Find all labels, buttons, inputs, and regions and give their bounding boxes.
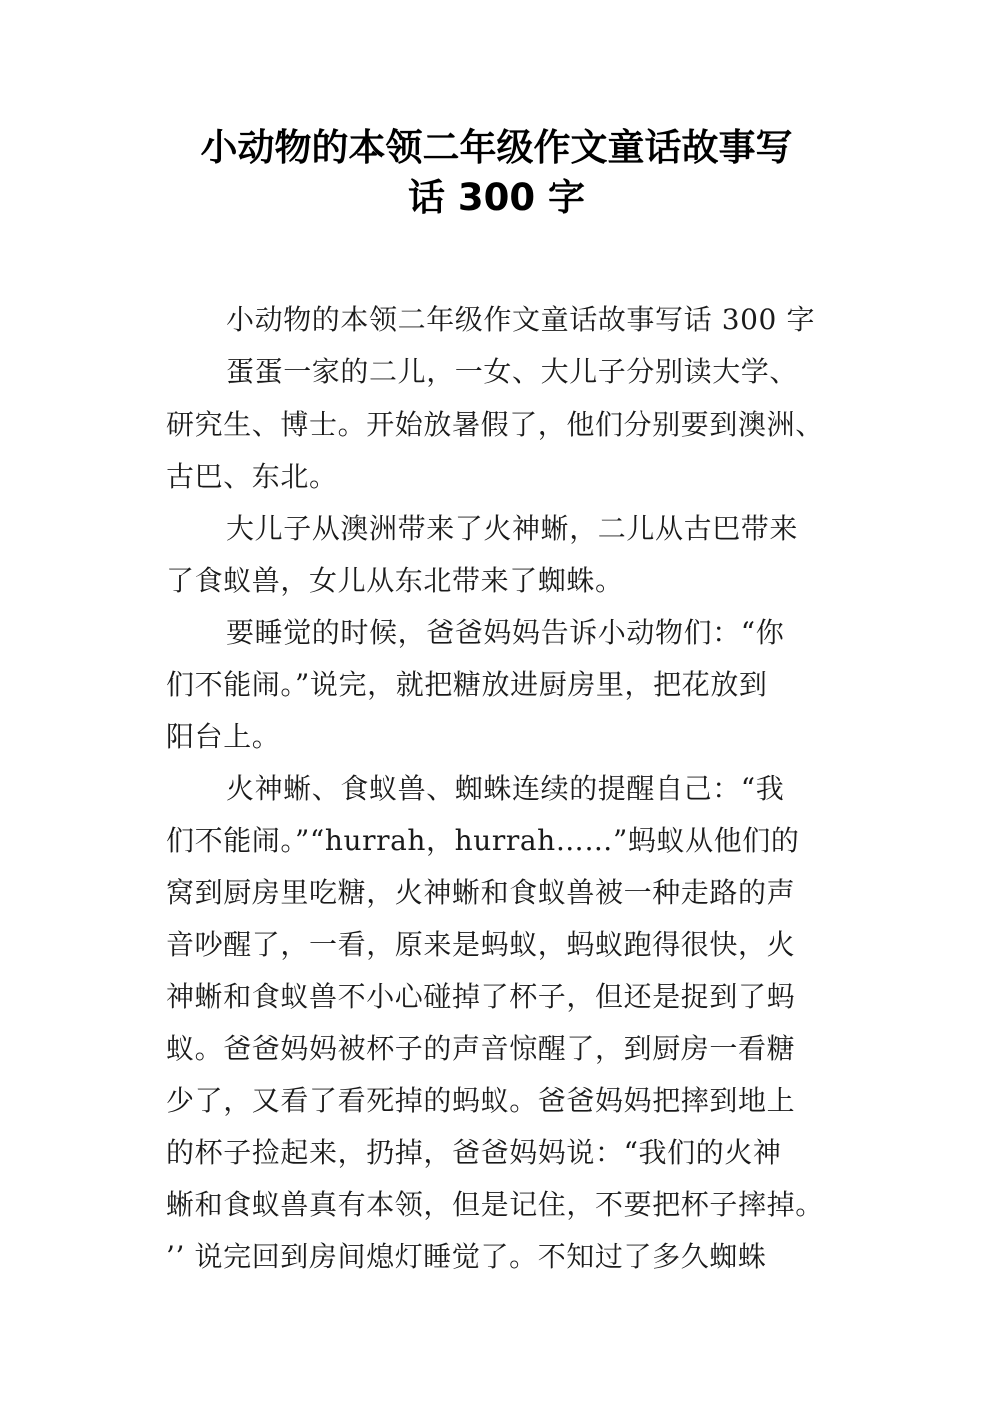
body-line: 蚁。爸爸妈妈被杯子的声音惊醒了，到厨房一看糖 (166, 1029, 795, 1069)
body-line: 们不能闹。”说完，就把糖放进厨房里，把花放到 (166, 665, 768, 705)
body-line: 少了，又看了看死掉的蚂蚁。爸爸妈妈把摔到地上 (166, 1081, 795, 1121)
body-line: 音吵醒了，一看，原来是蚂蚁，蚂蚁跑得很快，火 (166, 925, 795, 965)
document-title-line-1: 小动物的本领二年级作文童话故事写 (0, 124, 993, 172)
body-line: 的杯子捡起来，扔掉，爸爸妈妈说：“我们的火神 (166, 1133, 782, 1173)
body-line: 蜥和食蚁兽真有本领，但是记住，不要把杯子摔掉。 (166, 1185, 824, 1225)
body-line: 火神蜥、食蚁兽、蜘蛛连续的提醒自己：“我 (226, 769, 784, 809)
body-line: 们不能闹。”“hurrah，hurrah……”蚂蚁从他们的 (166, 821, 799, 861)
document-page: 小动物的本领二年级作文童话故事写 话 300 字 小动物的本领二年级作文童话故事… (0, 0, 993, 1404)
document-title-line-2: 话 300 字 (0, 174, 993, 222)
body-line: 神蜥和食蚁兽不小心碰掉了杯子，但还是捉到了蚂 (166, 977, 795, 1017)
body-line: ’’ 说完回到房间熄灯睡觉了。不知过了多久蜘蛛 (166, 1237, 767, 1277)
body-line: 阳台上。 (166, 717, 280, 757)
body-line: 古巴、东北。 (166, 457, 338, 497)
body-line: 要睡觉的时候，爸爸妈妈告诉小动物们：“你 (226, 613, 784, 653)
body-line: 蛋蛋一家的二儿，一女、大儿子分别读大学、 (226, 352, 798, 392)
body-line: 窝到厨房里吃糖，火神蜥和食蚁兽被一种走路的声 (166, 873, 795, 913)
body-line: 小动物的本领二年级作文童话故事写话 300 字 (226, 300, 815, 340)
body-line: 大儿子从澳洲带来了火神蜥，二儿从古巴带来 (226, 509, 798, 549)
body-line: 了食蚁兽，女儿从东北带来了蜘蛛。 (166, 561, 624, 601)
body-line: 研究生、博士。开始放暑假了，他们分别要到澳洲、 (166, 405, 824, 445)
